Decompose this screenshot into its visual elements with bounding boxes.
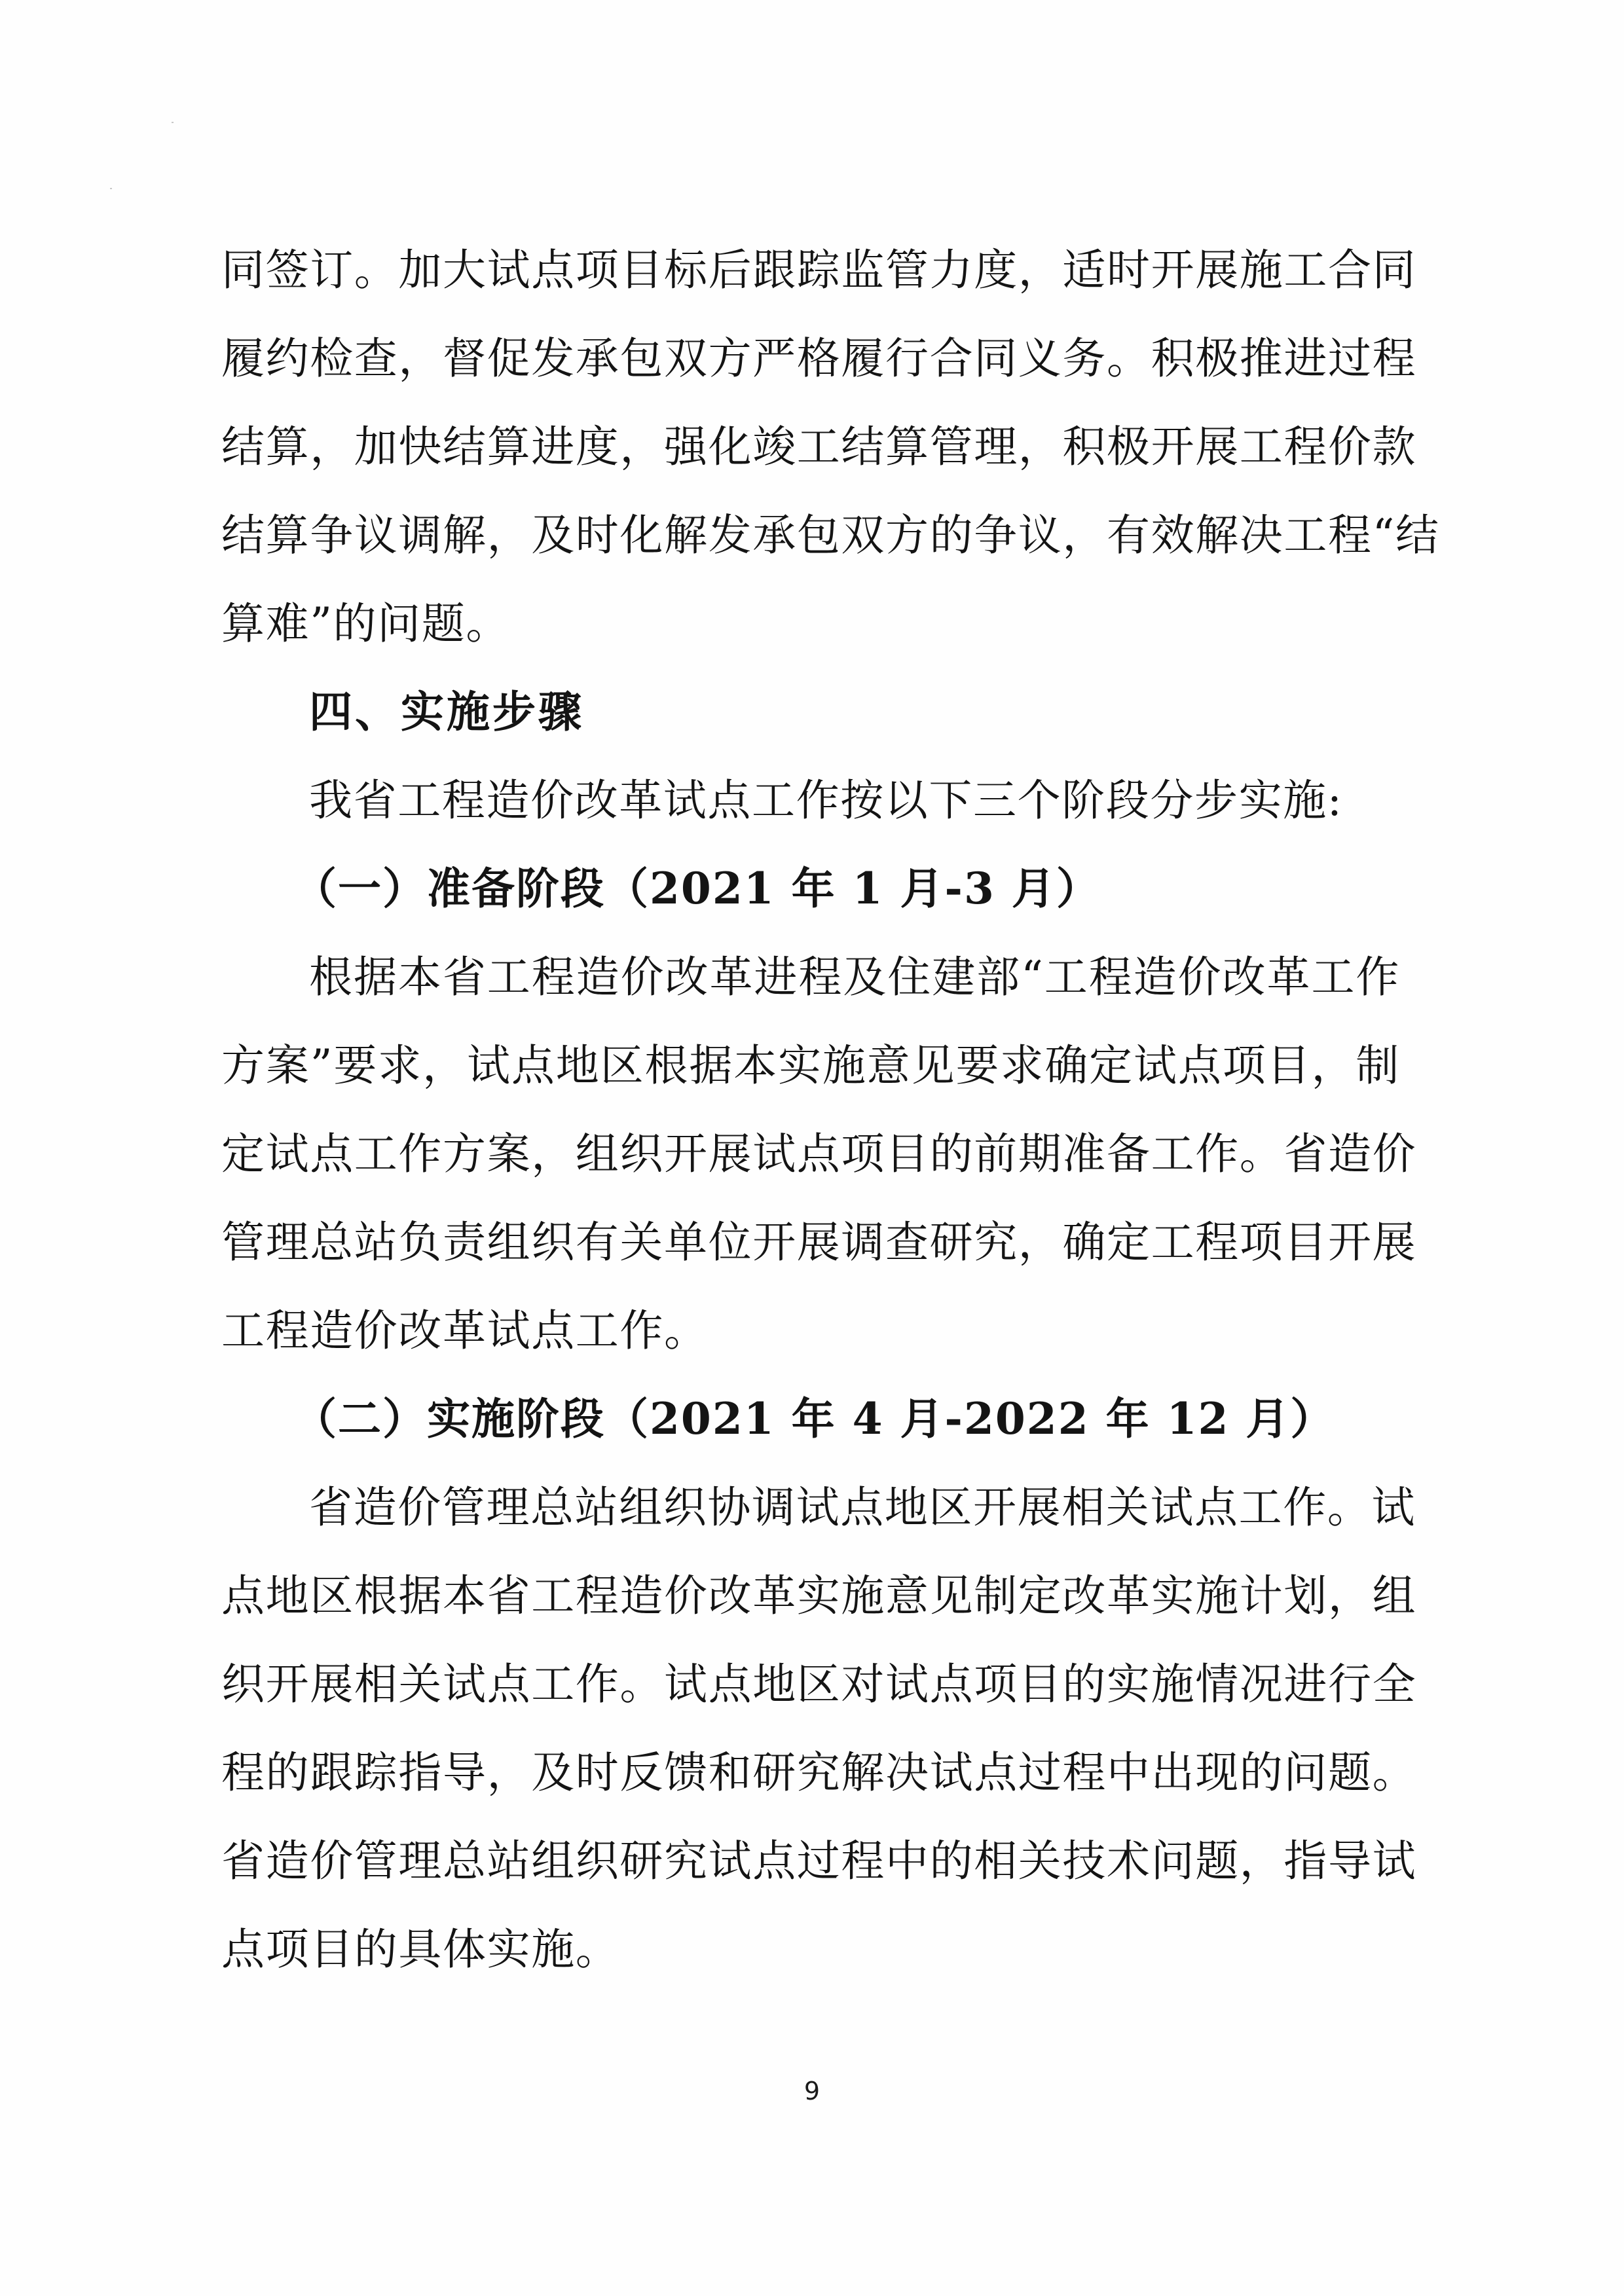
paragraph-line: 点地区根据本省工程造价改革实施意见制定改革实施计划，组	[221, 1552, 1400, 1640]
paragraph-line: 履约检查，督促发承包双方严格履行合同义务。积极推进过程	[221, 314, 1400, 403]
document-body: 同签订。加大试点项目标后跟踪监管力度，适时开展施工合同 履约检查，督促发承包双方…	[221, 226, 1400, 1994]
paragraph-line: 算难”的问题。	[221, 579, 1400, 668]
paragraph-line: 结算，加快结算进度，强化竣工结算管理，积极开展工程价款	[221, 403, 1400, 491]
section-heading: 四、实施步骤	[221, 668, 1400, 756]
subsection-heading: （二）实施阶段（2021 年 4 月-2022 年 12 月）	[221, 1375, 1400, 1463]
paragraph-line: 省造价管理总站组织研究试点过程中的相关技术问题，指导试	[221, 1817, 1400, 1905]
paragraph-line: 根据本省工程造价改革进程及住建部“工程造价改革工作	[221, 933, 1400, 1021]
scan-speck	[172, 122, 174, 123]
page-number: 9	[796, 2077, 828, 2105]
paragraph-line: 结算争议调解，及时化解发承包双方的争议，有效解决工程“结	[221, 491, 1400, 579]
paragraph-line: 织开展相关试点工作。试点地区对试点项目的实施情况进行全	[221, 1640, 1400, 1728]
paragraph-line: 我省工程造价改革试点工作按以下三个阶段分步实施:	[221, 756, 1400, 845]
paragraph-line: 程的跟踪指导，及时反馈和研究解决试点过程中出现的问题。	[221, 1728, 1400, 1817]
document-page: 同签订。加大试点项目标后跟踪监管力度，适时开展施工合同 履约检查，督促发承包双方…	[0, 0, 1624, 2296]
paragraph-line: 同签订。加大试点项目标后跟踪监管力度，适时开展施工合同	[221, 226, 1400, 314]
paragraph-line: 方案”要求，试点地区根据本实施意见要求确定试点项目，制	[221, 1021, 1400, 1110]
paragraph-line: 定试点工作方案，组织开展试点项目的前期准备工作。省造价	[221, 1110, 1400, 1198]
scan-speck	[110, 188, 112, 189]
subsection-heading: （一）准备阶段（2021 年 1 月-3 月）	[221, 845, 1400, 933]
paragraph-line: 省造价管理总站组织协调试点地区开展相关试点工作。试	[221, 1463, 1400, 1552]
paragraph-line: 工程造价改革试点工作。	[221, 1286, 1400, 1375]
paragraph-line: 管理总站负责组织有关单位开展调查研究，确定工程项目开展	[221, 1198, 1400, 1286]
paragraph-line: 点项目的具体实施。	[221, 1905, 1400, 1994]
